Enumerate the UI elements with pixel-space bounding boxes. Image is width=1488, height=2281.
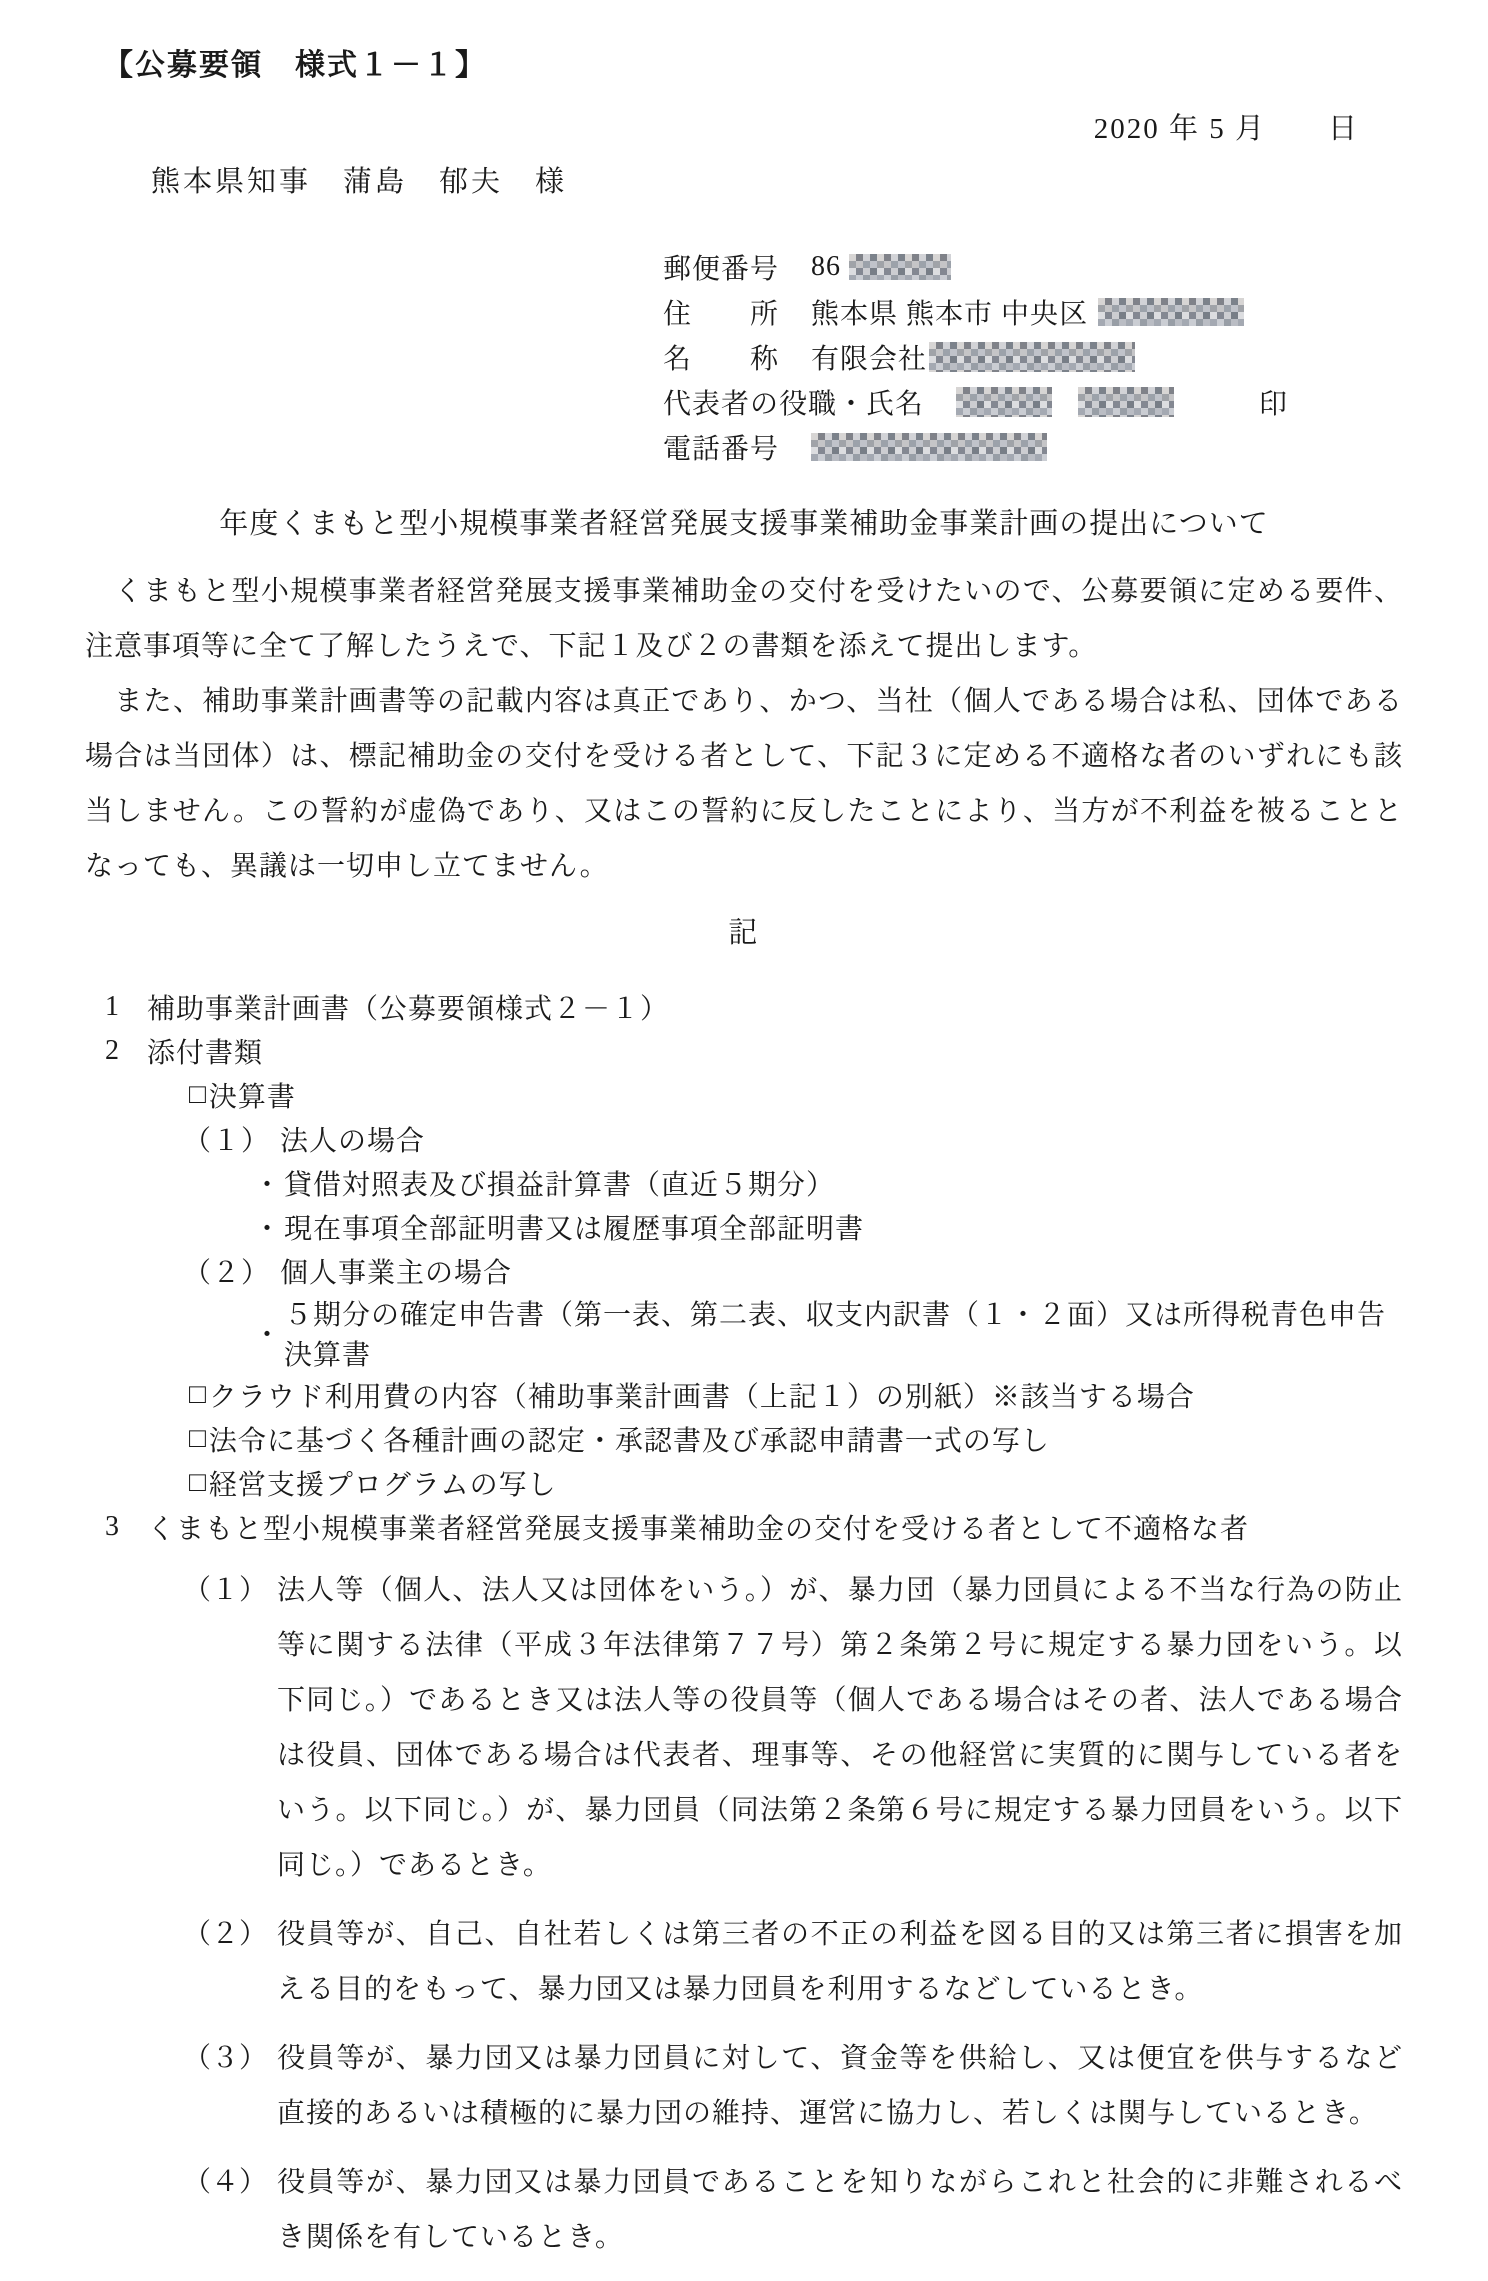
address-label: 住 所 — [663, 292, 779, 332]
checkbox-icon: ・ — [253, 1313, 282, 1353]
attachment-text: 法令に基づく各種計画の認定・承認書及び承認申請書一式の写し — [209, 1419, 1050, 1459]
attachment-item: （２） 個人事業主の場合 — [85, 1249, 1403, 1293]
section-marker-ki: 記 — [85, 910, 1403, 951]
disqualification-item: （２） 役員等が、自己、自社若しくは第三者の不正の利益を図る目的又は第三者に損害… — [85, 1907, 1403, 2017]
attachment-text: ５期分の確定申告書（第一表、第二表、収支内訳書（１・２面）又は所得税青色申告決算… — [284, 1293, 1403, 1373]
section3-heading-row: 3 くまもと型小規模事業者経営発展支援事業補助金の交付を受ける者として不適格な者 — [85, 1505, 1403, 1549]
attachment-text: 経営支援プログラムの写し — [209, 1463, 557, 1503]
disqualification-text: 役員等が、自己、自社若しくは第三者の不正の利益を図る目的又は第三者に損害を加える… — [277, 1907, 1403, 2017]
attachment-text: 決算書 — [209, 1075, 296, 1115]
body-paragraphs: くまもと型小規模事業者経営発展支援事業補助金の交付を受けたいので、公募要領に定め… — [85, 564, 1403, 894]
disqualification-list: （１） 法人等（個人、法人又は団体をいう。）が、暴力団（暴力団員による不当な行為… — [85, 1563, 1403, 2265]
attachment-text: クラウド利用費の内容（補助事業計画書（上記１）の別紙）※該当する場合 — [209, 1375, 1195, 1415]
redacted-representative-name — [1078, 387, 1174, 417]
paragraph-application: くまもと型小規模事業者経営発展支援事業補助金の交付を受けたいので、公募要領に定め… — [85, 564, 1403, 674]
attachment-item: （１） 法人の場合 — [85, 1117, 1403, 1161]
item-number: 1 — [105, 991, 147, 1023]
address-row: 住 所 熊本県 熊本市 中央区 — [663, 289, 1291, 334]
seal-mark: 印 — [1259, 382, 1291, 422]
item-number: 2 — [105, 1035, 147, 1067]
section3-heading: くまもと型小規模事業者経営発展支援事業補助金の交付を受ける者として不適格な者 — [147, 1507, 1249, 1547]
numbered-item: 1 補助事業計画書（公募要領様式２－１） — [85, 985, 1403, 1029]
document-page: 【公募要領 様式１－１】 2020 年 5 月 日 熊本県知事 蒲島 郁夫 様 … — [0, 0, 1488, 2281]
item-text: 補助事業計画書（公募要領様式２－１） — [147, 987, 669, 1027]
attachment-item: ・ 現在事項全部証明書又は履歴事項全部証明書 — [85, 1205, 1403, 1249]
redacted-postal-code — [849, 254, 951, 280]
postal-code-value: 86 — [811, 251, 841, 283]
disqualification-item: （４） 役員等が、暴力団又は暴力団員であることを知りながらこれと社会的に非難され… — [85, 2155, 1403, 2265]
phone-row: 電話番号 — [663, 424, 1291, 469]
attachment-text: 貸借対照表及び損益計算書（直近５期分） — [284, 1163, 835, 1203]
checkbox-icon: （１） — [183, 1119, 270, 1159]
disqualification-text: 役員等が、暴力団又は暴力団員であることを知りながらこれと社会的に非難されるべき関… — [277, 2155, 1403, 2265]
date-line: 2020 年 5 月 日 — [85, 106, 1403, 147]
disqualification-text: 法人等（個人、法人又は団体をいう。）が、暴力団（暴力団員による不当な行為の防止等… — [277, 1563, 1403, 1893]
postal-code-row: 郵便番号 86 — [663, 244, 1291, 289]
company-name-row: 名 称 有限会社 — [663, 334, 1291, 379]
attachment-item: □ 経営支援プログラムの写し — [85, 1461, 1403, 1505]
disqualification-label: （２） — [183, 1907, 277, 2017]
disqualification-item: （１） 法人等（個人、法人又は団体をいう。）が、暴力団（暴力団員による不当な行為… — [85, 1563, 1403, 1893]
document-list: 1 補助事業計画書（公募要領様式２－１） 2 添付書類 □ 決算書 （１） — [85, 985, 1403, 2265]
company-name-label: 名 称 — [663, 337, 779, 377]
attachment-text: 個人事業主の場合 — [280, 1251, 512, 1291]
checkbox-icon: □ — [189, 1467, 207, 1499]
representative-row: 代表者の役職・氏名 印 — [663, 379, 1291, 424]
postal-code-label: 郵便番号 — [663, 247, 779, 287]
disqualification-item: （３） 役員等が、暴力団又は暴力団員に対して、資金等を供給し、又は便宜を供与する… — [85, 2031, 1403, 2141]
checkbox-icon: □ — [189, 1079, 207, 1111]
sender-block: 郵便番号 86 住 所 熊本県 熊本市 中央区 名 称 有限会社 代表者の役職・… — [663, 244, 1291, 469]
company-name-value: 有限会社 — [811, 337, 927, 377]
phone-label: 電話番号 — [663, 427, 779, 467]
attachment-text: 法人の場合 — [280, 1119, 425, 1159]
checkbox-icon: ・ — [253, 1207, 282, 1247]
checkbox-icon: □ — [189, 1379, 207, 1411]
item-text: 添付書類 — [147, 1031, 263, 1071]
redacted-representative-title — [956, 387, 1052, 417]
attachment-item: □ 法令に基づく各種計画の認定・承認書及び承認申請書一式の写し — [85, 1417, 1403, 1461]
paragraph-pledge: また、補助事業計画書等の記載内容は真正であり、かつ、当社（個人である場合は私、団… — [85, 674, 1403, 894]
checkbox-icon: ・ — [253, 1163, 282, 1203]
attachment-text: 現在事項全部証明書又は履歴事項全部証明書 — [284, 1207, 864, 1247]
attachment-item: ・ 貸借対照表及び損益計算書（直近５期分） — [85, 1161, 1403, 1205]
disqualification-text: 役員等が、暴力団又は暴力団員に対して、資金等を供給し、又は便宜を供与するなど直接… — [277, 2031, 1403, 2141]
attachment-item: ・ ５期分の確定申告書（第一表、第二表、収支内訳書（１・２面）又は所得税青色申告… — [85, 1293, 1403, 1373]
representative-label: 代表者の役職・氏名 — [663, 382, 924, 422]
redacted-phone-number — [811, 433, 1047, 461]
checkbox-icon: □ — [189, 1423, 207, 1455]
form-style-tag: 【公募要領 様式１－１】 — [85, 40, 1403, 84]
address-value: 熊本県 熊本市 中央区 — [811, 292, 1088, 332]
disqualification-label: （１） — [183, 1563, 277, 1893]
checkbox-icon: （２） — [183, 1251, 270, 1291]
document-title: 年度くまもと型小規模事業者経営発展支援事業補助金事業計画の提出について — [85, 501, 1403, 542]
addressee-line: 熊本県知事 蒲島 郁夫 様 — [85, 159, 1403, 200]
redacted-address — [1098, 298, 1244, 326]
item-number: 3 — [105, 1511, 147, 1543]
attachment-item: □ 決算書 — [85, 1073, 1403, 1117]
numbered-item: 2 添付書類 — [85, 1029, 1403, 1073]
disqualification-label: （４） — [183, 2155, 277, 2265]
disqualification-label: （３） — [183, 2031, 277, 2141]
numbered-items: 1 補助事業計画書（公募要領様式２－１） 2 添付書類 — [85, 985, 1403, 1073]
redacted-company-name — [929, 342, 1135, 372]
attachment-list: □ 決算書 （１） 法人の場合 ・ 貸借対照表及び損益計算書（直近５期分） ・ … — [85, 1073, 1403, 1505]
attachment-item: □ クラウド利用費の内容（補助事業計画書（上記１）の別紙）※該当する場合 — [85, 1373, 1403, 1417]
